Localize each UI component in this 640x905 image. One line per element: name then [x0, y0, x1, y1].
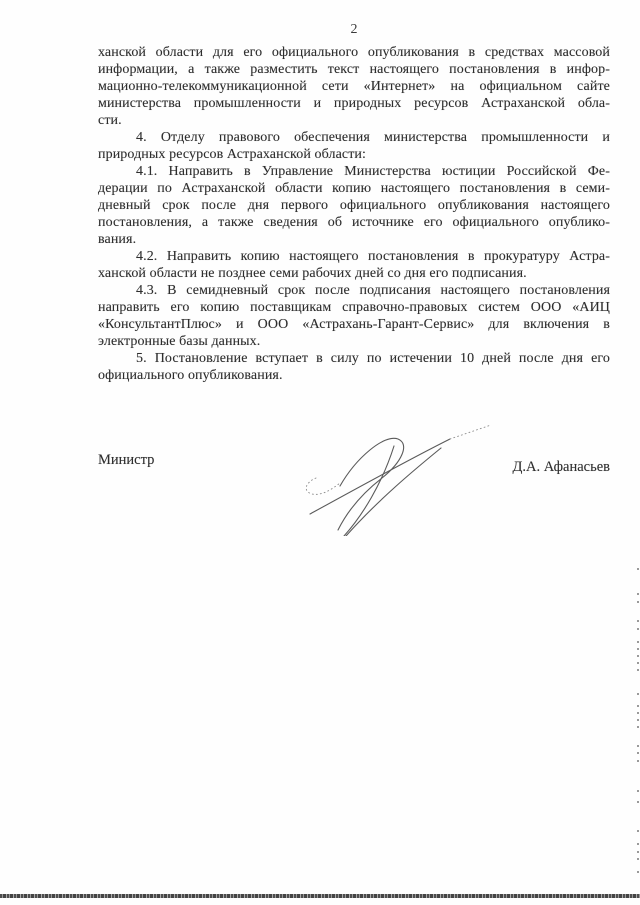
scan-speck: [637, 726, 639, 728]
text-line: ханской области не позднее семи рабочих …: [98, 265, 610, 282]
scan-speck: [637, 705, 639, 707]
scan-speck: [637, 568, 639, 570]
scan-speck: [637, 830, 639, 832]
text-line: дневный срок после дня первого официальн…: [98, 197, 610, 214]
document-body: ханской области для его официального опу…: [98, 44, 610, 384]
scan-speck: [637, 669, 639, 671]
scan-speck: [637, 801, 639, 803]
scan-speck: [637, 593, 639, 595]
scan-speck: [637, 843, 639, 845]
scan-speck: [637, 655, 639, 657]
text-line: электронные базы данных.: [98, 333, 610, 350]
text-line: дерации по Астраханской области копию на…: [98, 180, 610, 197]
text-line: природных ресурсов Астраханской области:: [98, 146, 610, 163]
text-line: постановления, а также сведения об источ…: [98, 214, 610, 231]
scan-speck: [637, 601, 639, 603]
text-line: направить его копию поставщикам справочн…: [98, 299, 610, 316]
signature-block: Министр Д.А. Афанасьев: [98, 452, 610, 476]
scan-speck: [637, 628, 639, 630]
signatory-name: Д.А. Афанасьев: [512, 459, 610, 476]
handwritten-signature: [298, 416, 498, 536]
scan-speck: [637, 851, 639, 853]
scan-speck: [637, 790, 639, 792]
scan-speck: [637, 662, 639, 664]
text-line: 4.1. Направить в Управление Министерства…: [98, 163, 610, 180]
text-line: министерства промышленности и природных …: [98, 95, 610, 112]
scan-speck: [637, 712, 639, 714]
text-line: ханской области для его официального опу…: [98, 44, 610, 61]
scan-speck: [637, 641, 639, 643]
scan-speck: [637, 871, 639, 873]
signatory-title: Министр: [98, 452, 154, 476]
scan-bottom-edge: [0, 894, 640, 898]
text-line: информации, а также разместить текст нас…: [98, 61, 610, 78]
scan-speck: [637, 620, 639, 622]
text-line: мационно-телекоммуникационной сети «Инте…: [98, 78, 610, 95]
text-line: 4. Отделу правового обеспечения министер…: [98, 129, 610, 146]
text-line: 4.3. В семидневный срок после подписания…: [98, 282, 610, 299]
text-line: сти.: [98, 112, 610, 129]
scan-speck: [637, 752, 639, 754]
scan-speck: [637, 693, 639, 695]
text-line: «КонсультантПлюс» и ООО «Астрахань-Гаран…: [98, 316, 610, 333]
scan-speck: [637, 858, 639, 860]
text-line: 5. Постановление вступает в силу по исте…: [98, 350, 610, 367]
scan-speck: [637, 719, 639, 721]
scan-speck: [637, 745, 639, 747]
page-number: 2: [98, 22, 610, 38]
text-line: официального опубликования.: [98, 367, 610, 384]
text-line: 4.2. Направить копию настоящего постанов…: [98, 248, 610, 265]
text-line: вания.: [98, 231, 610, 248]
scan-speck: [637, 648, 639, 650]
scanned-document-page: 2 ханской области для его официального о…: [0, 0, 640, 905]
scan-speck: [637, 760, 639, 762]
